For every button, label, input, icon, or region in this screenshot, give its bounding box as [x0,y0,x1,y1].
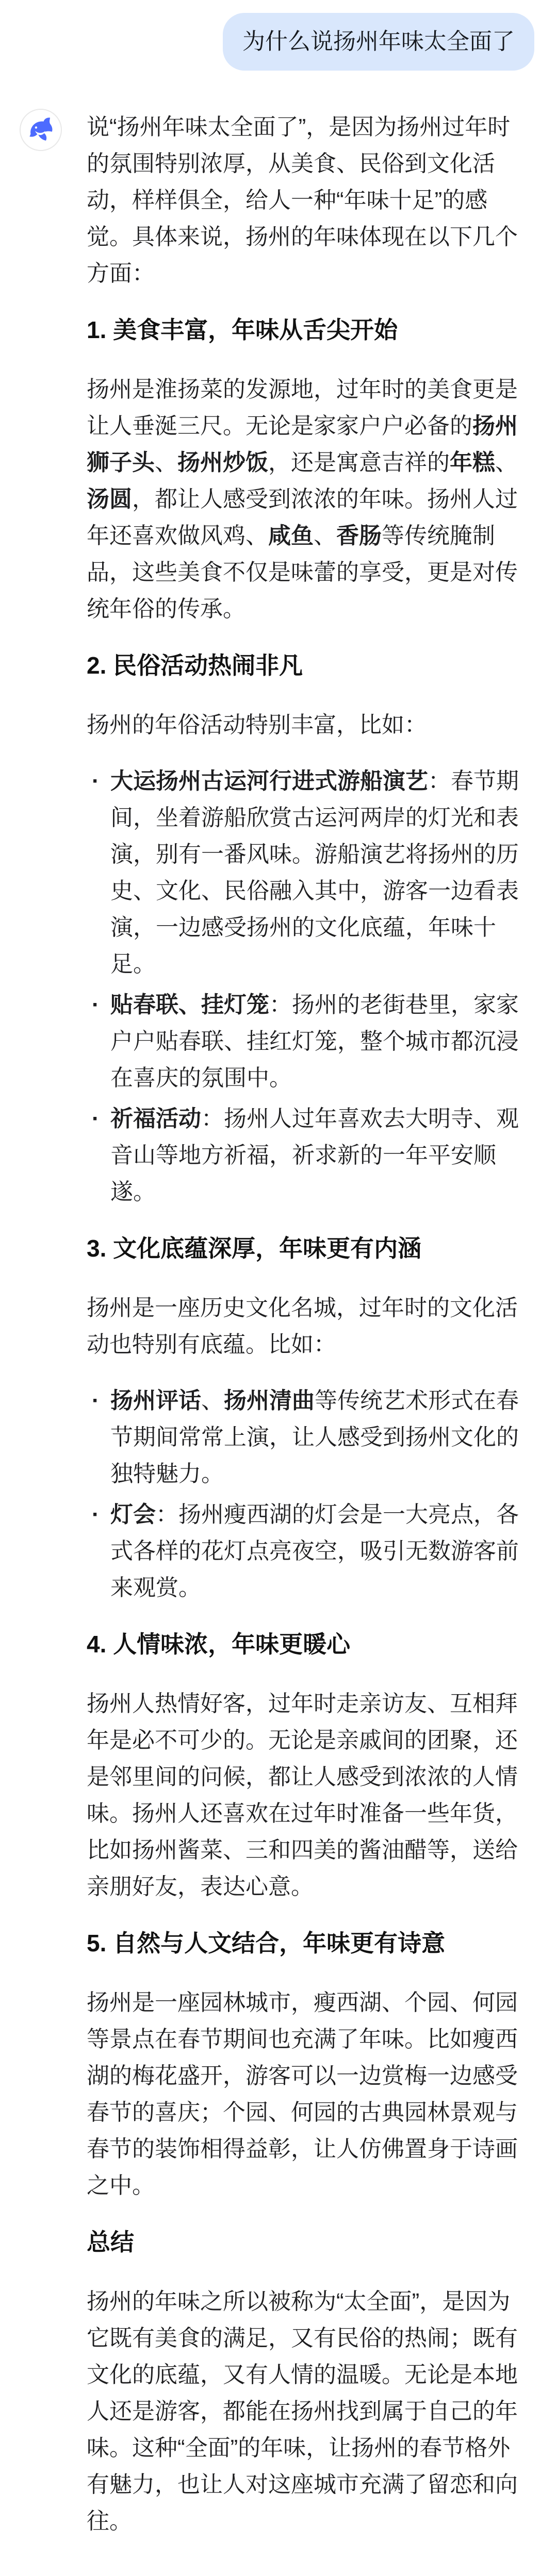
text-run: ：春节期间，坐着游船欣赏古运河两岸的灯光和表演，别有一番风味。游船演艺将扬州的历… [110,768,519,977]
bullet-marker-icon: · [92,1382,100,1419]
bullet-list: ·扬州评话、扬州清曲等传统艺术形式在春节期间常常上演，让人感受到扬州文化的独特魅… [87,1382,521,1606]
assistant-heading: 3. 文化底蕴深厚，年味更有内涵 [87,1230,521,1267]
assistant-paragraph: 扬州人热情好客，过年时走亲访友、互相拜年是必不可少的。无论是亲戚间的团聚，还是邻… [87,1685,521,1905]
text-run: 总结 [87,2229,134,2255]
text-run: 扬州是淮扬菜的发源地，过年时的美食更是让人垂涎三尺。无论是家家户户必备的 [87,377,518,439]
text-run: 、 [201,1388,224,1413]
bold-text: 大运扬州古运河行进式游船演艺 [110,768,428,794]
assistant-paragraph: 扬州是一座历史文化名城，过年时的文化活动也特别有底蕴。比如： [87,1290,521,1363]
text-run: 2. 民俗活动热闹非凡 [87,652,303,679]
list-item: ·贴春联、挂灯笼：扬州的老街巷里，家家户户贴春联、挂红灯笼，整个城市都沉浸在喜庆… [87,986,521,1096]
bold-text: 香肠 [336,523,382,548]
assistant-paragraph: 扬州是淮扬菜的发源地，过年时的美食更是让人垂涎三尺。无论是家家户户必备的扬州狮子… [87,371,521,627]
text-run: ，还是寓意吉祥的 [268,450,450,475]
bold-text: 贴春联、挂灯笼 [110,992,269,1017]
list-item: ·扬州评话、扬州清曲等传统艺术形式在春节期间常常上演，让人感受到扬州文化的独特魅… [87,1382,521,1492]
assistant-paragraph: 扬州是一座园林城市，瘦西湖、个园、何园等景点在春节期间也充满了年味。比如瘦西湖的… [87,1984,521,2204]
text-run: 5. 自然与人文结合，年味更有诗意 [87,1930,445,1956]
text-run: 4. 人情味浓，年味更暖心 [87,1631,350,1658]
assistant-heading: 1. 美食丰富，年味从舌尖开始 [87,311,521,348]
bold-text: 年糕 [450,450,495,475]
text-run: 1. 美食丰富，年味从舌尖开始 [87,316,398,343]
list-item: ·大运扬州古运河行进式游船演艺：春节期间，坐着游船欣赏古运河两岸的灯光和表演，别… [87,763,521,982]
bullet-marker-icon: · [92,1100,100,1137]
text-run: 、 [495,450,518,475]
assistant-heading: 总结 [87,2223,521,2261]
text-run: 扬州人热情好客，过年时走亲访友、互相拜年是必不可少的。无论是亲戚间的团聚，还是邻… [87,1691,518,1899]
bold-text: 扬州清曲 [224,1388,315,1413]
assistant-paragraph: 扬州的年味之所以被称为“太全面”，是因为它既有美食的满足，又有民俗的热闹；既有文… [87,2283,521,2539]
text-run: 3. 文化底蕴深厚，年味更有内涵 [87,1235,421,1262]
list-item: ·祈福活动：扬州人过年喜欢去大明寺、观音山等地方祈福，祈求新的一年平安顺遂。 [87,1100,521,1210]
bullet-marker-icon: · [92,1496,100,1533]
bold-text: 祈福活动 [110,1106,201,1131]
bold-text: 扬州评话 [110,1388,201,1413]
assistant-paragraph: 扬州的年俗活动特别丰富，比如： [87,707,521,743]
bold-text: 灯会 [110,1502,156,1527]
user-message-row: 为什么说扬州年味太全面了 [0,0,557,71]
bold-text: 扬州炒饭 [177,450,268,475]
bullet-marker-icon: · [92,986,100,1023]
bullet-marker-icon: · [92,763,100,799]
assistant-message: 说“扬州年味太全面了”，是因为扬州过年时的氛围特别浓厚，从美食、民俗到文化活动，… [87,109,521,2539]
text-run: 、 [314,523,336,548]
bullet-list: ·大运扬州古运河行进式游船演艺：春节期间，坐着游船欣赏古运河两岸的灯光和表演，别… [87,763,521,1210]
user-bubble[interactable]: 为什么说扬州年味太全面了 [223,13,534,71]
text-run: 扬州的年味之所以被称为“太全面”，是因为它既有美食的满足，又有民俗的热闹；既有文… [87,2289,518,2534]
text-run: 说“扬州年味太全面了”，是因为扬州过年时的氛围特别浓厚，从美食、民俗到文化活动，… [87,114,518,286]
text-run: 扬州是一座园林城市，瘦西湖、个园、何园等景点在春节期间也充满了年味。比如瘦西湖的… [87,1990,518,2198]
text-run: ：扬州瘦西湖的灯会是一大亮点，各式各样的花灯点亮夜空，吸引无数游客前来观赏。 [110,1502,519,1600]
bold-text: 汤圆 [87,487,132,512]
assistant-paragraph: 说“扬州年味太全面了”，是因为扬州过年时的氛围特别浓厚，从美食、民俗到文化活动，… [87,109,521,292]
avatar [20,109,62,151]
text-run: 、 [155,450,177,475]
bold-text: 咸鱼 [268,523,314,548]
deepseek-whale-icon [26,115,56,145]
text-run: 扬州是一座历史文化名城，过年时的文化活动也特别有底蕴。比如： [87,1295,518,1357]
list-item: ·灯会：扬州瘦西湖的灯会是一大亮点，各式各样的花灯点亮夜空，吸引无数游客前来观赏… [87,1496,521,1606]
assistant-heading: 5. 自然与人文结合，年味更有诗意 [87,1925,521,1962]
assistant-message-row: 说“扬州年味太全面了”，是因为扬州过年时的氛围特别浓厚，从美食、民俗到文化活动，… [0,109,557,2539]
text-run: 扬州的年俗活动特别丰富，比如： [87,712,427,738]
assistant-heading: 4. 人情味浓，年味更暖心 [87,1626,521,1663]
assistant-heading: 2. 民俗活动热闹非凡 [87,647,521,684]
